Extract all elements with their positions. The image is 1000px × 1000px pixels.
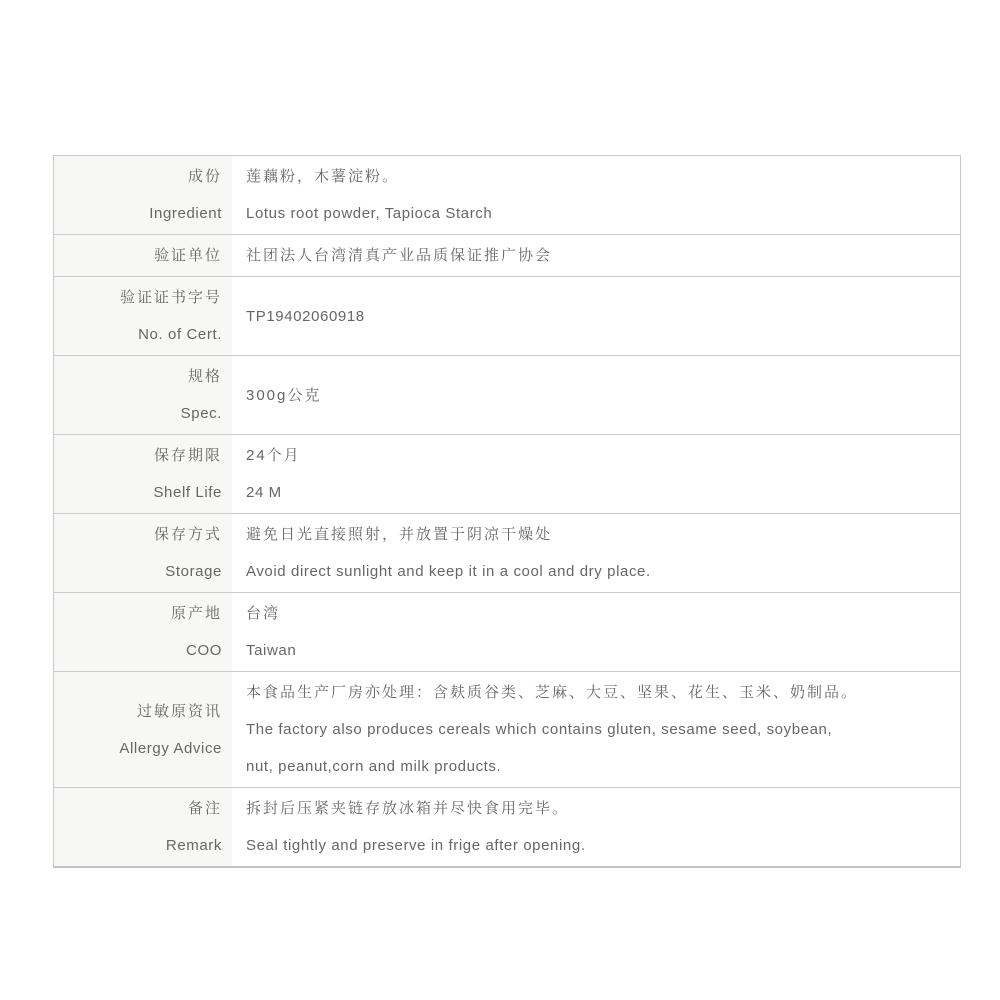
table-row-coo: 原产地 COO 台湾 Taiwan [54,593,960,672]
label-zh: 验证证书字号 [120,279,222,316]
value-line: TP19402060918 [246,298,365,335]
row-value-spec: 300g公克 [232,356,960,434]
value-line: 拆封后压紧夹链存放冰箱并尽快食用完毕。 [246,790,569,827]
row-label-cert-number: 验证证书字号 No. of Cert. [54,277,232,355]
table-row-storage: 保存方式 Storage 避免日光直接照射，并放置于阴凉干燥处 Avoid di… [54,514,960,593]
label-zh: 保存期限 [154,437,222,474]
row-value-certifier: 社团法人台湾清真产业品质保证推广协会 [232,235,960,276]
table-row-spec: 规格 Spec. 300g公克 [54,356,960,435]
value-line: 本食品生产厂房亦处理：含麸质谷类、芝麻、大豆、坚果、花生、玉米、奶制品。 [246,674,858,711]
table-row-shelf-life: 保存期限 Shelf Life 24个月 24 M [54,435,960,514]
value-line: Avoid direct sunlight and keep it in a c… [246,553,651,590]
product-spec-table: 成份 Ingredient 莲藕粉，木薯淀粉。 Lotus root powde… [53,155,961,868]
row-value-allergy: 本食品生产厂房亦处理：含麸质谷类、芝麻、大豆、坚果、花生、玉米、奶制品。 The… [232,672,960,787]
value-line: Taiwan [246,632,296,669]
table-row-ingredient: 成份 Ingredient 莲藕粉，木薯淀粉。 Lotus root powde… [54,156,960,235]
label-en: Shelf Life [153,474,222,511]
row-label-remark: 备注 Remark [54,788,232,866]
label-zh: 备注 [188,790,222,827]
label-en: Remark [166,827,222,864]
label-zh: 规格 [188,358,222,395]
label-zh: 原产地 [171,595,222,632]
row-label-spec: 规格 Spec. [54,356,232,434]
table-row-cert-number: 验证证书字号 No. of Cert. TP19402060918 [54,277,960,356]
value-line: 社团法人台湾清真产业品质保证推广协会 [246,237,552,274]
table-row-allergy: 过敏原资讯 Allergy Advice 本食品生产厂房亦处理：含麸质谷类、芝麻… [54,672,960,788]
row-value-ingredient: 莲藕粉，木薯淀粉。 Lotus root powder, Tapioca Sta… [232,156,960,234]
label-zh: 验证单位 [154,237,222,274]
row-value-shelf-life: 24个月 24 M [232,435,960,513]
row-label-certifier: 验证单位 [54,235,232,276]
value-line: nut, peanut,corn and milk products. [246,748,501,785]
table-row-certifier: 验证单位 社团法人台湾清真产业品质保证推广协会 [54,235,960,277]
row-value-cert-number: TP19402060918 [232,277,960,355]
value-line: 台湾 [246,595,280,632]
row-label-ingredient: 成份 Ingredient [54,156,232,234]
label-en: Storage [165,553,222,590]
value-line: 莲藕粉，木薯淀粉。 [246,158,399,195]
label-en: Allergy Advice [119,730,222,767]
value-line: 避免日光直接照射，并放置于阴凉干燥处 [246,516,552,553]
row-value-storage: 避免日光直接照射，并放置于阴凉干燥处 Avoid direct sunlight… [232,514,960,592]
label-zh: 成份 [188,158,222,195]
row-label-coo: 原产地 COO [54,593,232,671]
row-value-remark: 拆封后压紧夹链存放冰箱并尽快食用完毕。 Seal tightly and pre… [232,788,960,866]
row-label-allergy: 过敏原资讯 Allergy Advice [54,672,232,787]
value-line: 300g公克 [246,377,321,414]
label-en: Ingredient [149,195,222,232]
row-label-shelf-life: 保存期限 Shelf Life [54,435,232,513]
label-en: COO [186,632,222,669]
label-zh: 过敏原资讯 [137,693,222,730]
table-row-remark: 备注 Remark 拆封后压紧夹链存放冰箱并尽快食用完毕。 Seal tight… [54,788,960,866]
row-label-storage: 保存方式 Storage [54,514,232,592]
label-zh: 保存方式 [154,516,222,553]
value-line: Seal tightly and preserve in frige after… [246,827,586,864]
label-en: No. of Cert. [138,316,222,353]
value-line: 24个月 [246,437,301,474]
value-line: The factory also produces cereals which … [246,711,832,748]
value-line: 24 M [246,474,282,511]
label-en: Spec. [181,395,222,432]
value-line: Lotus root powder, Tapioca Starch [246,195,492,232]
row-value-coo: 台湾 Taiwan [232,593,960,671]
